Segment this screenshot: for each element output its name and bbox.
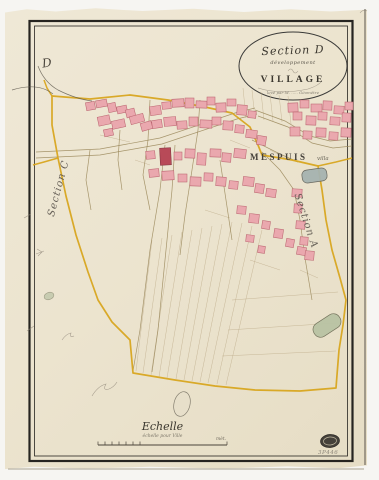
road-line xyxy=(220,160,232,240)
pond xyxy=(301,167,328,183)
building xyxy=(265,188,276,197)
parcel-line xyxy=(143,238,162,373)
building xyxy=(318,112,327,120)
scanned-map-sheet: Section D développement VILLAGE levé par… xyxy=(0,0,379,480)
church-building xyxy=(160,148,172,166)
building xyxy=(212,117,221,125)
building xyxy=(216,177,227,187)
building xyxy=(164,116,177,126)
building xyxy=(300,100,309,108)
building xyxy=(149,169,160,178)
building xyxy=(249,214,260,224)
parcel-line xyxy=(232,292,338,300)
building xyxy=(311,104,322,112)
building xyxy=(303,131,312,139)
building xyxy=(290,127,300,136)
building xyxy=(306,116,316,125)
building xyxy=(111,119,125,130)
parcel-line xyxy=(226,230,262,385)
building xyxy=(345,102,353,110)
building xyxy=(261,220,270,229)
building xyxy=(177,121,187,130)
building xyxy=(237,206,247,215)
building xyxy=(185,98,194,108)
building xyxy=(222,153,232,163)
map-drawing xyxy=(0,0,379,480)
building xyxy=(323,101,332,110)
building xyxy=(103,128,113,137)
parcel-line xyxy=(136,240,152,371)
handwritten-squiggle xyxy=(62,333,74,340)
building xyxy=(227,99,236,106)
building xyxy=(235,125,245,134)
road-line xyxy=(133,145,165,371)
building xyxy=(254,183,264,193)
green-parcel xyxy=(310,311,343,340)
building xyxy=(178,174,187,182)
scale-subtitle: échelle pour Ville xyxy=(110,434,215,439)
parcel-line xyxy=(300,270,318,278)
building xyxy=(149,105,161,115)
building xyxy=(305,251,315,261)
building xyxy=(85,101,95,110)
building xyxy=(246,129,258,138)
parcel-line xyxy=(184,226,212,380)
building xyxy=(342,113,351,122)
building xyxy=(341,128,351,137)
building xyxy=(273,228,283,238)
building xyxy=(246,235,255,243)
building xyxy=(162,171,174,181)
building xyxy=(197,153,207,165)
parcel-line xyxy=(159,232,182,377)
handwritten-squiggle xyxy=(288,69,298,73)
parcel-line xyxy=(217,226,252,384)
building xyxy=(107,102,117,112)
road-line xyxy=(118,130,122,190)
building xyxy=(162,102,172,110)
parcel-line xyxy=(151,235,172,375)
handwritten-squiggle xyxy=(36,249,44,256)
building xyxy=(210,149,221,157)
village-name-suffix: villa xyxy=(317,156,329,162)
cartouche-subtitle: développement xyxy=(239,60,347,66)
handwritten-squiggle xyxy=(92,382,117,396)
blank-oval xyxy=(171,390,193,418)
building xyxy=(288,103,298,112)
building xyxy=(200,120,212,128)
building xyxy=(330,117,340,126)
boundary-road-spur xyxy=(33,158,58,165)
parcel-line xyxy=(205,210,230,218)
village-name-label: MESPUIS xyxy=(250,152,308,162)
building xyxy=(229,181,239,190)
building xyxy=(285,238,294,247)
parcel-line xyxy=(261,92,264,120)
parcel-line xyxy=(250,260,280,270)
building xyxy=(140,121,153,132)
building xyxy=(316,128,326,137)
parcel-line xyxy=(192,224,222,381)
cartouche-village-title: VILLAGE xyxy=(239,75,347,85)
parcel-line xyxy=(135,160,150,165)
building xyxy=(146,151,156,160)
small-green-spot xyxy=(43,291,55,301)
building xyxy=(151,119,162,128)
parcel-line xyxy=(230,140,250,148)
building xyxy=(256,135,266,145)
scale-unit-label: mèt. xyxy=(216,437,226,442)
building xyxy=(237,105,248,116)
archive-cote: 3P446 xyxy=(318,450,338,456)
building xyxy=(185,149,195,158)
building xyxy=(258,246,266,254)
building xyxy=(189,117,198,126)
building xyxy=(174,152,182,160)
building xyxy=(329,132,338,140)
parcel-line xyxy=(200,222,232,382)
building xyxy=(207,97,215,105)
building xyxy=(234,148,247,158)
building xyxy=(216,103,226,112)
margin-label-d: D xyxy=(41,55,52,70)
cartouche-surveyor-line: levé par M. ….. Géomètre xyxy=(233,90,353,95)
building xyxy=(293,112,302,120)
handwritten-squiggle xyxy=(360,10,367,13)
parcel-line xyxy=(208,223,242,383)
building xyxy=(172,99,184,108)
building xyxy=(97,115,111,126)
building xyxy=(223,121,233,131)
parcel-line xyxy=(222,351,336,356)
building xyxy=(243,176,255,186)
scale-title: Echelle xyxy=(120,420,205,433)
building xyxy=(204,173,213,181)
building xyxy=(95,99,107,108)
building xyxy=(190,177,201,186)
building xyxy=(196,101,207,108)
building xyxy=(248,111,257,119)
archive-stamp xyxy=(320,434,340,449)
road-line xyxy=(86,150,91,210)
